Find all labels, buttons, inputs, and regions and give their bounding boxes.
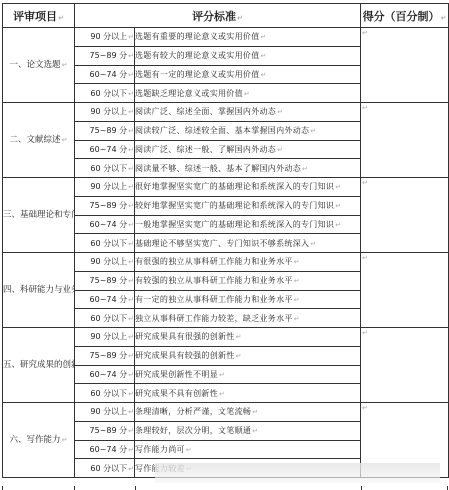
- review-item: 一、论文选题↵: [3, 28, 75, 103]
- criteria-description: 阅读量不够、综述一般、基本了解国内外动态↵: [135, 159, 361, 178]
- criteria-description: 条理较好，层次分明，文笔顺通↵: [135, 421, 361, 440]
- score-input-cell[interactable]: ↵: [361, 178, 449, 253]
- score-range: 75~89 分↵: [75, 121, 135, 140]
- score-range: 75~89 分↵: [75, 196, 135, 215]
- score-range: 60~74 分↵: [75, 440, 135, 459]
- score-range: 60 分以下↵: [75, 384, 135, 403]
- criteria-description: 较好地掌握坚实宽广的基础理论和系统深入的专门知识↵: [135, 196, 361, 215]
- scoring-table: 评审项目↵ 评分标准↵ 得分（百分制）↵ 一、论文选题↵90 分以上↵选题有重要…: [2, 3, 449, 478]
- score-range: 60~74 分↵: [75, 140, 135, 159]
- criteria-description: 写作能力较差↵: [135, 459, 361, 478]
- score-range: 60 分以下↵: [75, 234, 135, 253]
- criteria-description: 阅读广泛、综述一般、了解国内外动态↵: [135, 140, 361, 159]
- table-row: 一、论文选题↵90 分以上↵选题有重要的理论意义或实用价值↵↵: [3, 28, 449, 47]
- criteria-description: 条理清晰，分析严谨，文笔流畅↵: [135, 403, 361, 422]
- criteria-description: 研究成果不具有创新性↵: [135, 384, 361, 403]
- review-item: 五、研究成果的创新性↵: [3, 328, 75, 403]
- score-range: 90 分以上↵: [75, 253, 135, 272]
- score-range: 75~89 分↵: [75, 46, 135, 65]
- criteria-description: 有一定的独立从事科研工作能力和业务水平↵: [135, 290, 361, 309]
- criteria-description: 基础理论不够坚实宽广、专门知识不够系统深入↵: [135, 234, 361, 253]
- review-item: 四、科研能力与业务水平↵: [3, 253, 75, 328]
- score-input-cell[interactable]: ↵: [361, 253, 449, 328]
- table-header-row: 评审项目↵ 评分标准↵ 得分（百分制）↵: [3, 4, 449, 28]
- score-range: 90 分以上↵: [75, 178, 135, 197]
- criteria-description: 写作能力尚可↵: [135, 440, 361, 459]
- table-continuation: [2, 486, 448, 490]
- score-input-cell[interactable]: ↵: [361, 328, 449, 403]
- criteria-description: 选题缺乏理论意义或实用价值↵: [135, 84, 361, 103]
- criteria-description: 选题有一定的理论意义或实用价值↵: [135, 65, 361, 84]
- score-input-cell[interactable]: ↵: [361, 403, 449, 478]
- score-range: 60~74 分↵: [75, 365, 135, 384]
- score-range: 60 分以下↵: [75, 159, 135, 178]
- criteria-description: 阅读较广泛、综述较全面、基本掌握国内外动态↵: [135, 121, 361, 140]
- score-range: 90 分以上↵: [75, 328, 135, 347]
- table-row: 三、基础理论和专门知识↵90 分以上↵很好地掌握坚实宽广的基础理论和系统深入的专…: [3, 178, 449, 197]
- header-score: 得分（百分制）↵: [361, 4, 449, 28]
- score-range: 60~74 分↵: [75, 215, 135, 234]
- criteria-description: 选题有较大的理论意义或实用价值↵: [135, 46, 361, 65]
- score-range: 75~89 分↵: [75, 271, 135, 290]
- score-range: 75~89 分↵: [75, 346, 135, 365]
- score-range: 90 分以上↵: [75, 403, 135, 422]
- review-item: 二、文献综述↵: [3, 103, 75, 178]
- criteria-description: 一般地掌握坚实宽广的基础理论和系统深入的专门知识↵: [135, 215, 361, 234]
- score-range: 60 分以下↵: [75, 459, 135, 478]
- header-item: 评审项目↵: [3, 4, 75, 28]
- review-item: 六、写作能力↵: [3, 403, 75, 478]
- header-criteria: 评分标准↵: [75, 4, 361, 28]
- score-input-cell[interactable]: ↵: [361, 28, 449, 103]
- criteria-description: 阅读广泛、综述全面、掌握国内外动态↵: [135, 103, 361, 122]
- criteria-description: 研究成果创新性不明显↵: [135, 365, 361, 384]
- review-item: 三、基础理论和专门知识↵: [3, 178, 75, 253]
- score-range: 90 分以上↵: [75, 103, 135, 122]
- score-range: 60~74 分↵: [75, 290, 135, 309]
- criteria-description: 研究成果具有很强的创新性↵: [135, 328, 361, 347]
- score-range: 60~74 分↵: [75, 65, 135, 84]
- criteria-description: 有很强的独立从事科研工作能力和业务水平↵: [135, 253, 361, 272]
- table-row: 五、研究成果的创新性↵90 分以上↵研究成果具有很强的创新性↵↵: [3, 328, 449, 347]
- criteria-description: 选题有重要的理论意义或实用价值↵: [135, 28, 361, 47]
- criteria-description: 研究成果具有较强的创新性↵: [135, 346, 361, 365]
- score-range: 60 分以下↵: [75, 84, 135, 103]
- score-input-cell[interactable]: ↵: [361, 103, 449, 178]
- criteria-description: 很好地掌握坚实宽广的基础理论和系统深入的专门知识↵: [135, 178, 361, 197]
- table-row: 六、写作能力↵90 分以上↵条理清晰，分析严谨，文笔流畅↵↵: [3, 403, 449, 422]
- criteria-description: 独立从事科研工作能力较差，缺乏业务水平↵: [135, 309, 361, 328]
- score-range: 75~89 分↵: [75, 421, 135, 440]
- table-row: 二、文献综述↵90 分以上↵阅读广泛、综述全面、掌握国内外动态↵↵: [3, 103, 449, 122]
- score-range: 90 分以上↵: [75, 28, 135, 47]
- table-row: 四、科研能力与业务水平↵90 分以上↵有很强的独立从事科研工作能力和业务水平↵↵: [3, 253, 449, 272]
- score-range: 60 分以下↵: [75, 309, 135, 328]
- criteria-description: 有较强的独立从事科研工作能力和业务水平↵: [135, 271, 361, 290]
